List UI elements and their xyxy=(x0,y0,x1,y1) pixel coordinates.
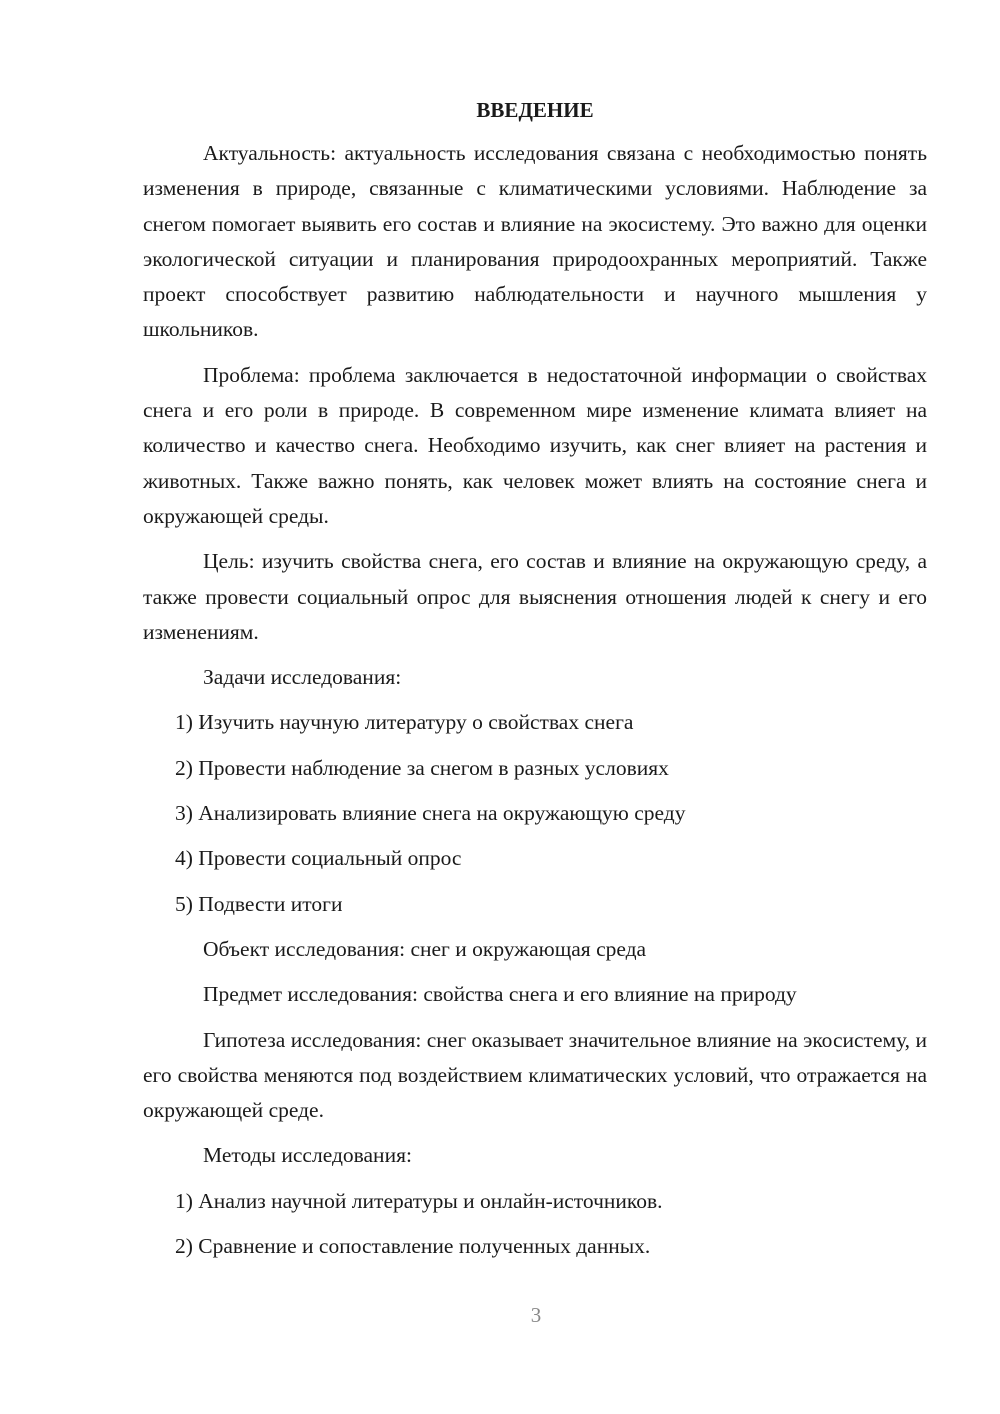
tasks-heading: Задачи исследования: xyxy=(143,660,927,695)
list-item: 2) Сравнение и сопоставление полученных … xyxy=(143,1229,927,1264)
document-page: ВВЕДЕНИЕ Актуальность: актуальность иссл… xyxy=(143,94,927,1274)
tasks-list: 1) Изучить научную литературу о свойства… xyxy=(143,705,927,921)
list-item: 2) Провести наблюдение за снегом в разны… xyxy=(143,751,927,786)
section-title: ВВЕДЕНИЕ xyxy=(143,94,927,126)
methods-heading: Методы исследования: xyxy=(143,1138,927,1173)
hypothesis-paragraph: Гипотеза исследования: снег оказывает зн… xyxy=(143,1023,927,1129)
goal-paragraph: Цель: изучить свойства снега, его состав… xyxy=(143,544,927,650)
list-item: 4) Провести социальный опрос xyxy=(143,841,927,876)
subject-line: Предмет исследования: свойства снега и е… xyxy=(143,977,927,1012)
methods-list: 1) Анализ научной литературы и онлайн-ис… xyxy=(143,1184,927,1265)
list-item: 1) Изучить научную литературу о свойства… xyxy=(143,705,927,740)
list-item: 3) Анализировать влияние снега на окружа… xyxy=(143,796,927,831)
list-item: 5) Подвести итоги xyxy=(143,887,927,922)
page-number: 3 xyxy=(0,1303,1000,1328)
problem-paragraph: Проблема: проблема заключается в недоста… xyxy=(143,358,927,534)
relevance-paragraph: Актуальность: актуальность исследования … xyxy=(143,136,927,348)
object-line: Объект исследования: снег и окружающая с… xyxy=(143,932,927,967)
list-item: 1) Анализ научной литературы и онлайн-ис… xyxy=(143,1184,927,1219)
